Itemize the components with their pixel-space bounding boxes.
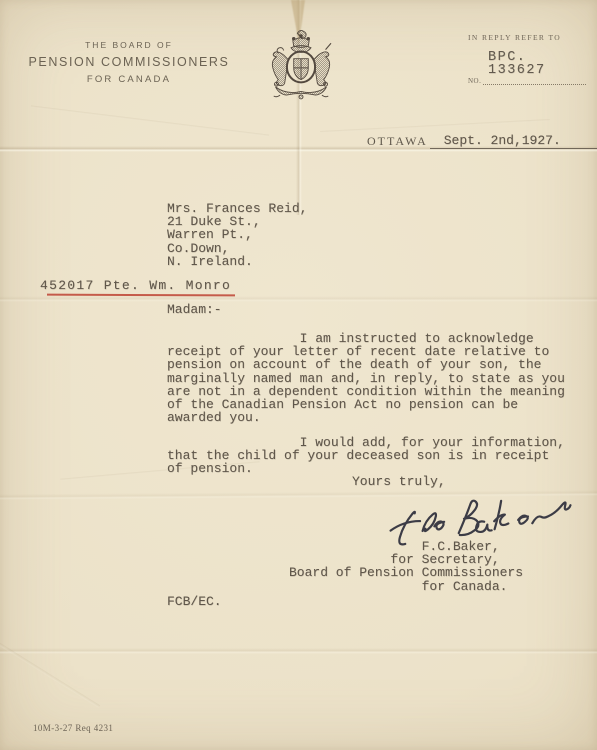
body-paragraph-1: I am instructed to acknowledge receipt o…	[167, 332, 587, 424]
city-label: OTTAWA	[367, 134, 428, 149]
minor-crease-2	[320, 119, 550, 133]
royal-coat-of-arms-icon	[260, 26, 342, 111]
letterhead-line-3: FOR CANADA	[22, 74, 236, 85]
letterhead-line-1: THE BOARD OF	[22, 40, 236, 50]
salutation: Madam:-	[167, 303, 222, 316]
initials: FCB/EC.	[167, 595, 222, 608]
body-paragraph-2: I would add, for your information, that …	[167, 436, 587, 476]
minor-crease-1	[31, 105, 269, 136]
letter-paper: THE BOARD OF PENSION COMMISSIONERS FOR C…	[0, 0, 597, 750]
fold-crease-horizontal-2	[0, 296, 597, 302]
reply-reference-label: IN REPLY REFER TO	[468, 33, 586, 42]
dotted-rule	[483, 78, 586, 85]
corner-crease	[0, 631, 100, 708]
recipient-address: Mrs. Frances Reid, 21 Duke St., Warren P…	[167, 202, 307, 268]
letterhead-line-2: PENSION COMMISSIONERS	[22, 55, 236, 69]
fold-crease-horizontal-4	[0, 648, 597, 654]
marginal-reference: 452017 Pte. Wm. Monro	[40, 279, 231, 292]
form-number: 10M-3-27 Req 4231	[33, 723, 113, 733]
reply-reference-block: IN REPLY REFER TO BPC. 133627 NO.	[468, 33, 586, 85]
valediction: Yours truly,	[352, 475, 446, 488]
closing-block: F.C.Baker, for Secretary, Board of Pensi…	[289, 540, 589, 593]
no-label: NO.	[468, 77, 481, 85]
dateline: OTTAWA Sept. 2nd,1927.	[367, 134, 597, 149]
letterhead-block: THE BOARD OF PENSION COMMISSIONERS FOR C…	[22, 40, 236, 85]
red-underline	[47, 294, 235, 297]
file-number: BPC. 133627	[488, 51, 586, 77]
typed-date: Sept. 2nd,1927.	[430, 134, 597, 149]
